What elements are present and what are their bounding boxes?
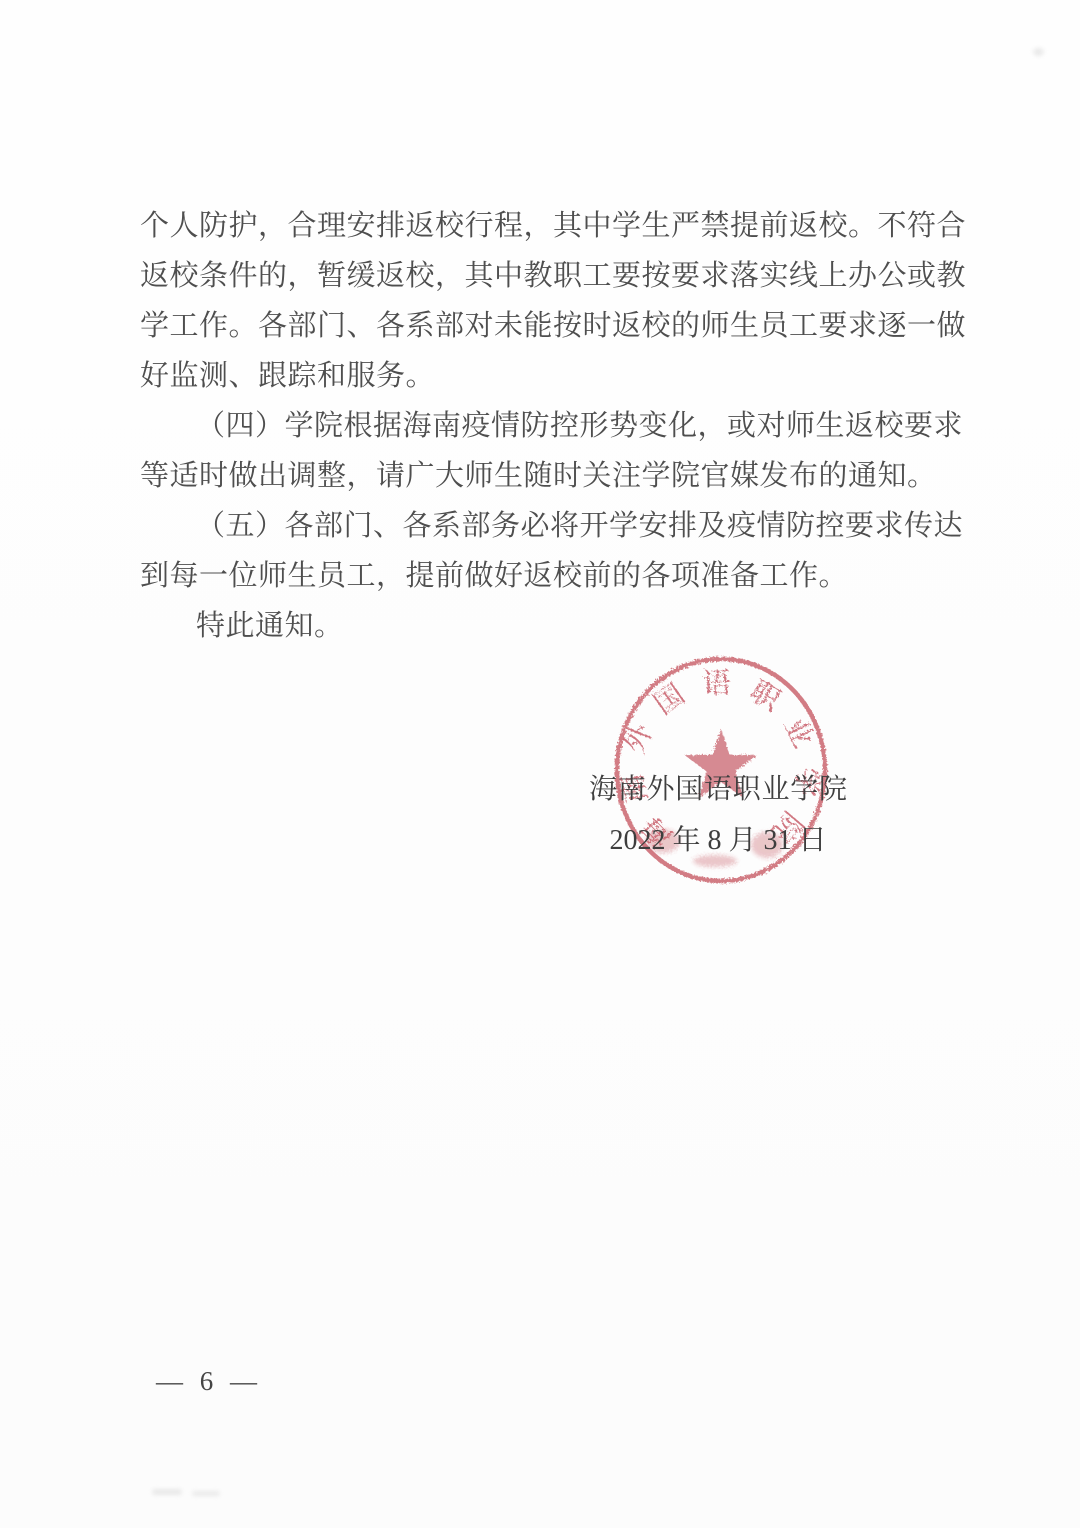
signature-organization: 海南外国语职业学院 [589,769,847,811]
scan-artifact-smudge [192,1491,220,1496]
text-line: 个人防护，合理安排返校行程，其中学生严禁提前返校。不符合 [140,201,962,251]
text-line: 等适时做出调整，请广大师生随时关注学院官媒发布的通知。 [140,451,962,501]
text-line: （四）学院根据海南疫情防控形势变化，或对师生返校要求 [140,401,962,451]
scan-artifact-smudge [152,1489,182,1495]
text-line: 好监测、跟踪和服务。 [140,351,962,401]
document-body: 个人防护，合理安排返校行程，其中学生严禁提前返校。不符合 返校条件的，暂缓返校，… [140,201,962,651]
page-number: — 6 — [156,1366,262,1397]
text-line: 返校条件的，暂缓返校，其中教职工要按要求落实线上办公或教 [140,251,962,301]
text-line: 特此通知。 [140,601,962,651]
text-line: 学工作。各部门、各系部对未能按时返校的师生员工要求逐一做 [140,301,962,351]
scan-artifact-dot [1033,48,1044,56]
signature-date: 2022 年 8 月 31 日 [589,820,847,862]
text-line: （五）各部门、各系部务必将开学安排及疫情防控要求传达 [140,501,962,551]
text-line: 到每一位师生员工，提前做好返校前的各项准备工作。 [140,551,962,601]
scanned-document-page: 个人防护，合理安排返校行程，其中学生严禁提前返校。不符合 返校条件的，暂缓返校，… [0,0,1080,1528]
